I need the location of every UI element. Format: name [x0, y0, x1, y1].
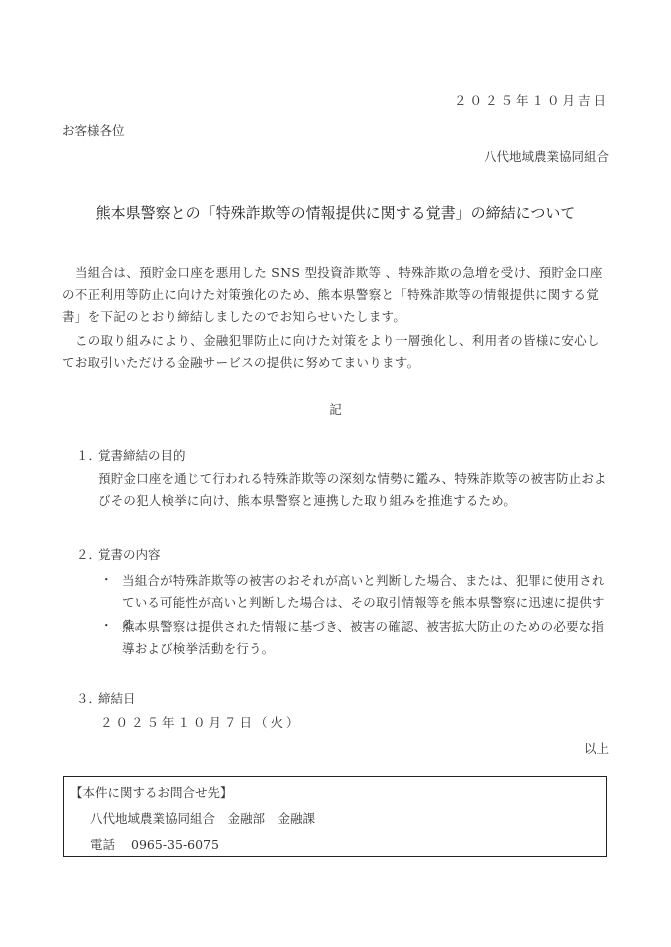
intro-paragraph-1: 当組合は、預貯金口座を悪用した SNS 型投資詐欺等 、特殊詐欺の急増を受け、預… [62, 262, 610, 328]
section-1-number: １． [76, 446, 98, 464]
section-3-heading: ３．締結日 [76, 689, 136, 707]
section-1-heading: １．覚書締結の目的 [76, 446, 186, 464]
document-title: 熊本県警察との「特殊詐欺等の情報提供に関する覚書」の締結について [0, 202, 671, 223]
issue-date: ２０２５年１０月吉日 [454, 91, 609, 109]
phone-number: 0965-35-6075 [131, 837, 219, 852]
addressee: お客様各位 [62, 121, 125, 139]
contact-title: 【本件に関するお問合せ先】 [70, 783, 233, 801]
sender-organization: 八代地域農業協同組合 [484, 147, 609, 165]
section-2-number: ２． [76, 545, 98, 563]
section-2-title: 覚書の内容 [98, 547, 161, 562]
bullet-icon: ・ [100, 570, 113, 588]
section-1-title: 覚書締結の目的 [98, 448, 186, 463]
contact-box: 【本件に関するお問合せ先】 八代地域農業協同組合 金融部 金融課 電話0965-… [63, 776, 607, 857]
contact-phone-line: 電話0965-35-6075 [90, 835, 219, 853]
contact-organization: 八代地域農業協同組合 金融部 金融課 [90, 809, 315, 827]
section-3-title: 締結日 [98, 691, 136, 706]
ki-heading: 記 [0, 400, 671, 418]
closing-mark: 以上 [584, 739, 609, 757]
section-1-body: 預貯金口座を通じて行われる特殊詐欺等の深刻な情勢に鑑み、特殊詐欺等の被害防止およ… [98, 468, 610, 512]
section-3-date: ２０２５年１０月７日（火） [100, 713, 302, 731]
intro-paragraph-2: この取り組みにより、金融犯罪防止に向けた対策をより一層強化し、利用者の皆様に安心… [62, 330, 610, 374]
section-2-bullet-2: 熊本県警察は提供された情報に基づき、被害の確認、被害拡大防止のための必要な指導お… [122, 616, 610, 660]
bullet-icon: ・ [100, 616, 113, 634]
section-3-number: ３． [76, 689, 98, 707]
phone-label: 電話 [90, 837, 115, 852]
section-2-heading: ２．覚書の内容 [76, 545, 161, 563]
